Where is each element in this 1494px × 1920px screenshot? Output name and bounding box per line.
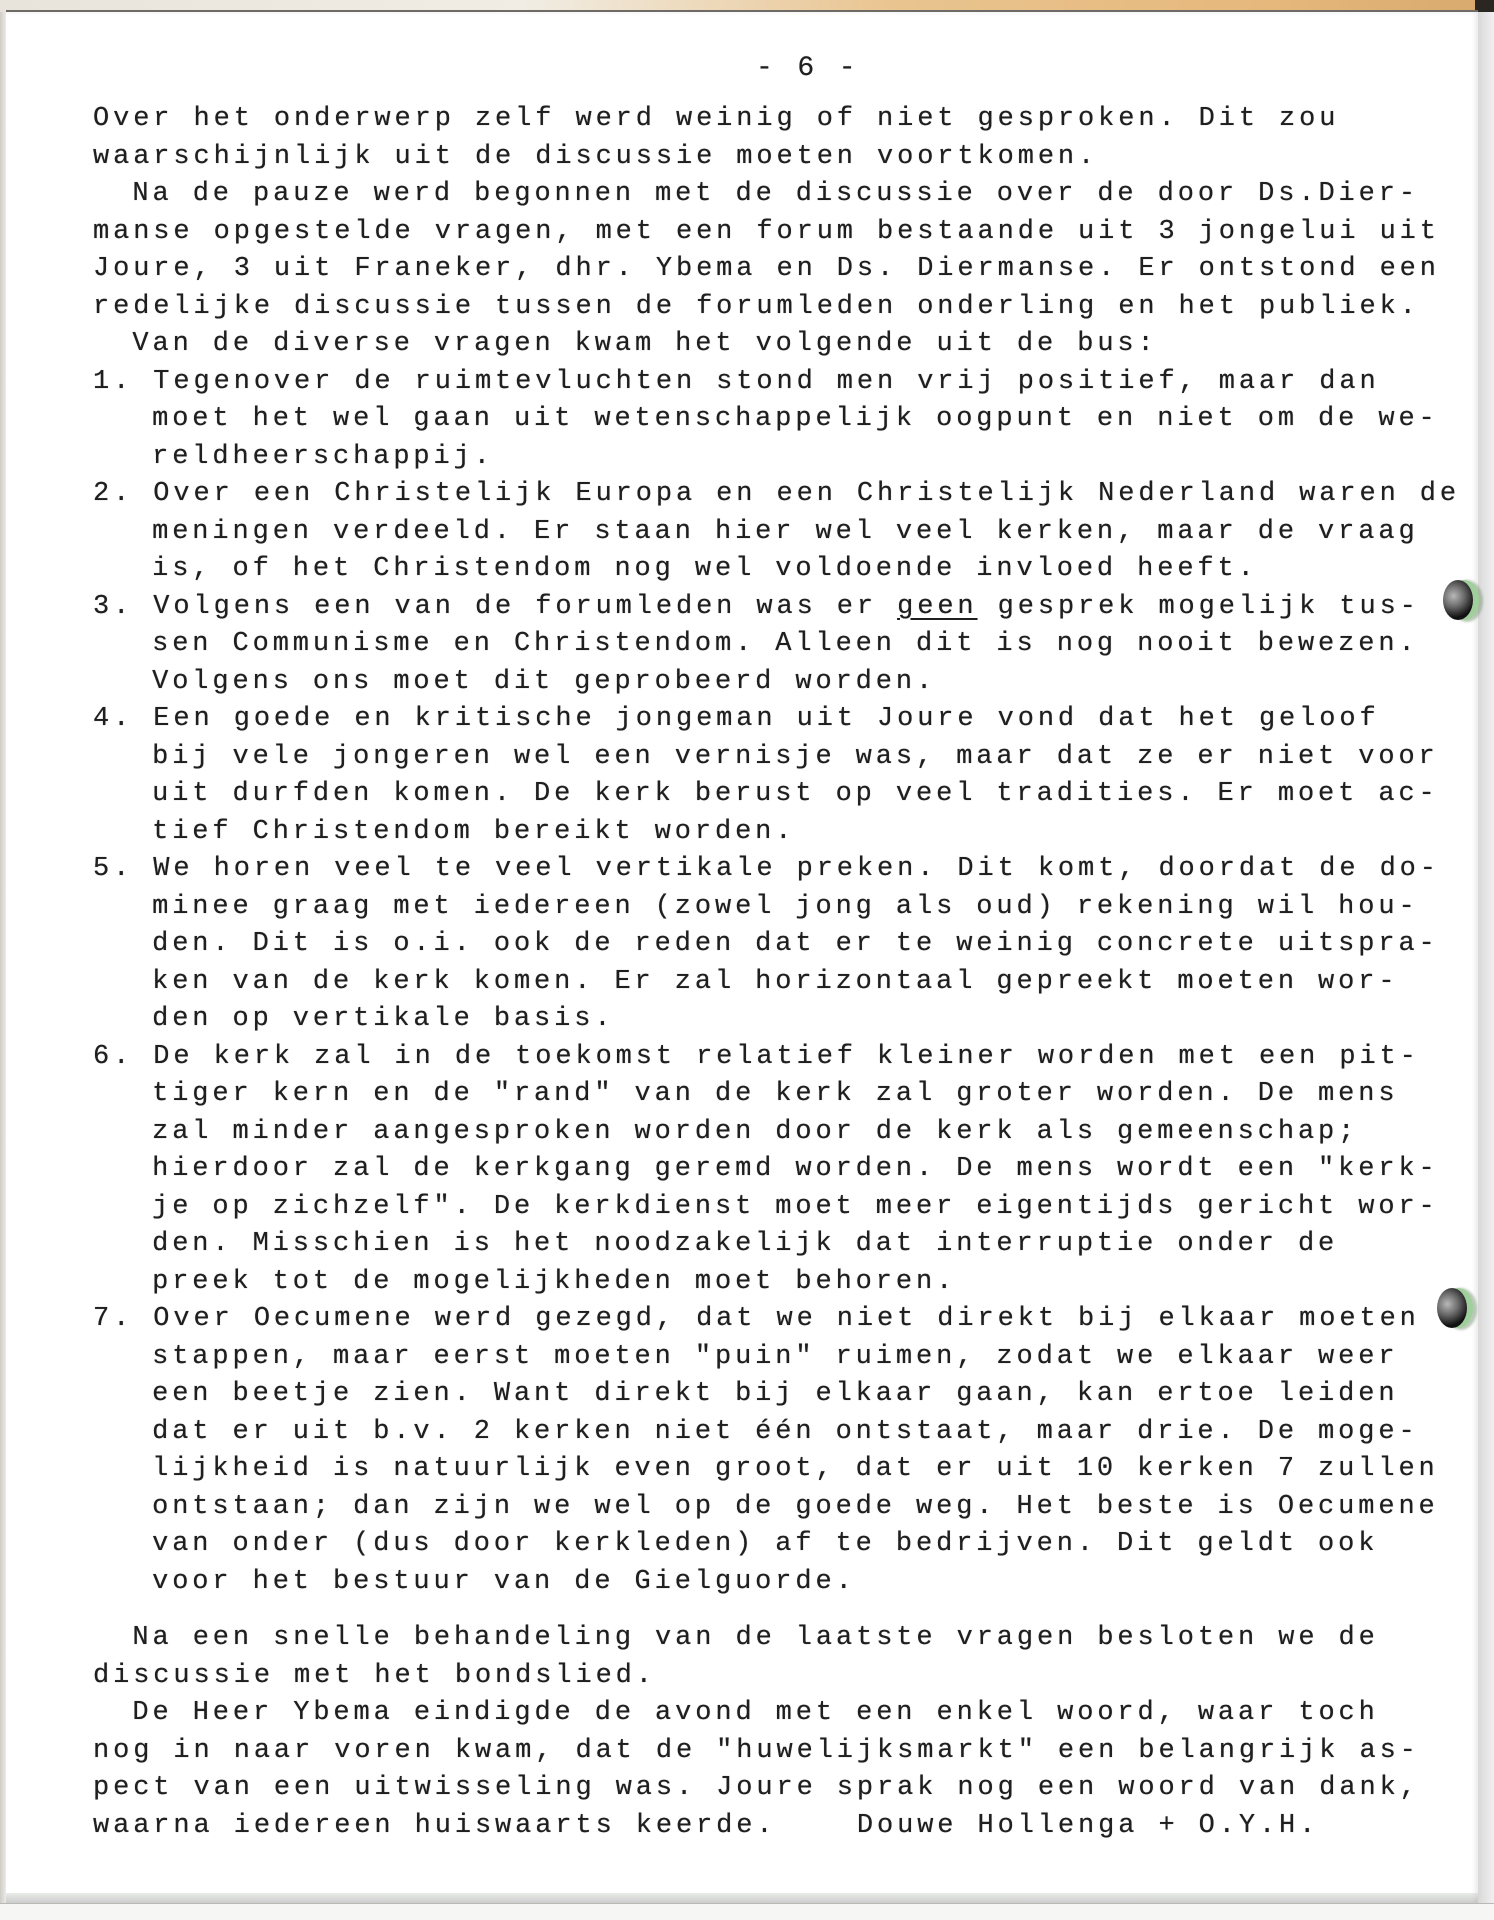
text-line: 2. Over een Christelijk Europa en een Ch… — [93, 479, 1460, 509]
text-line: den op vertikale basis. — [152, 1004, 614, 1034]
text-line: van onder (dus door kerkleden) af te bed… — [152, 1529, 1378, 1559]
text-line: Na een snelle behandeling van de laatste… — [132, 1623, 1378, 1653]
text-line: Over het onderwerp zelf werd weinig of n… — [93, 104, 1339, 134]
text-line: zal minder aangesproken worden door de k… — [152, 1117, 1358, 1147]
text-line: preek tot de mogelijkheden moet behoren. — [152, 1267, 956, 1297]
text-line: waarschijnlijk uit de discussie moeten v… — [93, 142, 1098, 172]
text-line: 7. Over Oecumene werd gezegd, dat we nie… — [93, 1304, 1420, 1334]
text-line: sen Communisme en Christendom. Alleen di… — [152, 629, 1418, 659]
text-line: 3. Volgens een van de forumleden was er … — [93, 592, 1420, 622]
binder-hole-icon — [1437, 1288, 1467, 1328]
text-line: stappen, maar eerst moeten "puin" ruimen… — [152, 1342, 1398, 1372]
text-line: den. Misschien is het noodzakelijk dat i… — [152, 1229, 1338, 1259]
text-line: hierdoor zal de kerkgang geremd worden. … — [152, 1154, 1439, 1184]
text-line: voor het bestuur van de Gielguorde. — [152, 1567, 856, 1597]
text-line: 6. De kerk zal in de toekomst relatief k… — [93, 1042, 1420, 1072]
text-line: is, of het Christendom nog wel voldoende… — [152, 554, 1258, 584]
text-line: manse opgestelde vragen, met een forum b… — [93, 217, 1440, 247]
page-bottom-strip — [0, 1903, 1494, 1920]
text-line: Na de pauze werd begonnen met de discuss… — [132, 179, 1419, 209]
text-line: pect van een uitwisseling was. Joure spr… — [93, 1773, 1420, 1803]
text-line: Van de diverse vragen kwam het volgende … — [132, 329, 1157, 359]
text-line: den. Dit is o.i. ook de reden dat er te … — [152, 929, 1439, 959]
text-line: reldheerschappij. — [152, 442, 494, 472]
text-line: waarna iedereen huiswaarts keerde. Douwe… — [93, 1811, 1319, 1841]
page-right-edge — [1478, 12, 1494, 1920]
text-line: ken van de kerk komen. Er zal horizontaa… — [152, 967, 1398, 997]
text-line: tiger kern en de "rand" van de kerk zal … — [152, 1079, 1398, 1109]
text-line: dat er uit b.v. 2 kerken niet één ontsta… — [152, 1417, 1418, 1447]
text-line: minee graag met iedereen (zowel jong als… — [152, 892, 1418, 922]
text-line: tief Christendom bereikt worden. — [152, 817, 795, 847]
text-line: 4. Een goede en kritische jongeman uit J… — [93, 704, 1380, 734]
text-line: redelijke discussie tussen de forumleden… — [93, 292, 1420, 322]
text-line: 5. We horen veel te veel vertikale preke… — [93, 854, 1440, 884]
text-line: discussie met het bondslied. — [93, 1661, 656, 1691]
binder-hole-icon — [1443, 580, 1473, 620]
text-line: nog in naar voren kwam, dat de "huwelijk… — [93, 1736, 1420, 1766]
text-line: 1. Tegenover de ruimtevluchten stond men… — [93, 367, 1380, 397]
text-line: een beetje zien. Want direkt bij elkaar … — [152, 1379, 1398, 1409]
text-line: Volgens ons moet dit geprobeerd worden. — [152, 667, 936, 697]
text-line: je op zichzelf". De kerkdienst moet meer… — [152, 1192, 1439, 1222]
text-line: bij vele jongeren wel een vernisje was, … — [152, 742, 1439, 772]
text-line: ontstaan; dan zijn we wel op de goede we… — [152, 1492, 1439, 1522]
page-bottom-shadow — [6, 1893, 1478, 1903]
page-number: - 6 - — [756, 54, 860, 84]
underlined-word: geen — [897, 592, 977, 622]
text-line: lijkheid is natuurlijk even groot, dat e… — [152, 1454, 1439, 1484]
text-line: De Heer Ybema eindigde de avond met een … — [132, 1698, 1378, 1728]
text-line: meningen verdeeld. Er staan hier wel vee… — [152, 517, 1418, 547]
text-line: Joure, 3 uit Franeker, dhr. Ybema en Ds.… — [93, 254, 1440, 284]
text-line: moet het wel gaan uit wetenschappelijk o… — [152, 404, 1439, 434]
text-line: uit durfden komen. De kerk berust op vee… — [152, 779, 1439, 809]
